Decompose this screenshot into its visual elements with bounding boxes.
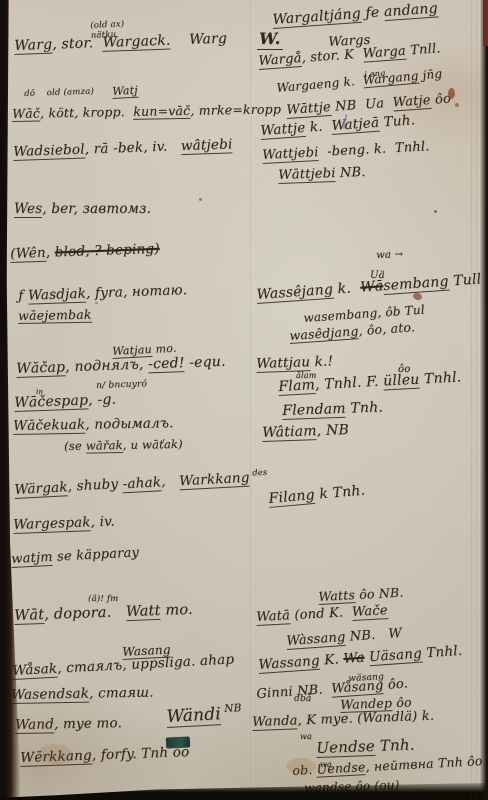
page-right-edge bbox=[479, 0, 488, 800]
handwritten-text: , u wāťak) bbox=[123, 437, 183, 452]
entry-wanda-sub: wa bbox=[300, 732, 312, 741]
handwritten-text: NB bbox=[220, 702, 242, 715]
handwritten-text: ôo. bbox=[383, 676, 408, 693]
handwritten-text: (ond K. bbox=[290, 605, 353, 623]
handwritten-text: , iv. bbox=[90, 513, 115, 530]
ink-stain bbox=[455, 103, 459, 107]
handwritten-text: Tnh. bbox=[345, 399, 383, 416]
ink-speck bbox=[199, 198, 202, 201]
handwritten-text: Warga bbox=[362, 44, 406, 63]
ink-speck bbox=[95, 302, 98, 304]
handwritten-text: NB Ua bbox=[330, 96, 393, 115]
page-crease bbox=[250, 0, 253, 800]
handwritten-text: (Wên bbox=[10, 245, 46, 263]
handwritten-text: Wand bbox=[15, 716, 54, 734]
handwritten-text: Wāčespap bbox=[14, 392, 88, 412]
entry-wac-sup2: Watj bbox=[112, 85, 138, 99]
entry-wattjau: Wattjau k.! bbox=[256, 354, 333, 372]
handwritten-text: , rā -bek, iv. bbox=[84, 138, 181, 157]
handwritten-text: , ber, завтомз. bbox=[42, 201, 151, 217]
handwritten-text: Wăčap bbox=[16, 359, 65, 378]
handwritten-text: , NB bbox=[316, 422, 349, 439]
handwritten-text: Wasdjak bbox=[28, 286, 87, 305]
handwritten-text: -equ. bbox=[184, 354, 226, 371]
handwritten-text: , stor. K bbox=[301, 47, 363, 66]
entry-wattjebi-nb: Wāttjebi NB. bbox=[278, 166, 366, 184]
handwritten-text: n/ bncuyró bbox=[96, 379, 147, 391]
handwritten-text: des bbox=[249, 467, 268, 478]
handwritten-text: , stor. bbox=[52, 35, 103, 53]
handwritten-text: Watjeā bbox=[331, 115, 380, 135]
handwritten-text: K. bbox=[319, 651, 344, 669]
handwritten-text: Wače bbox=[352, 603, 389, 621]
handwritten-text: Wanda bbox=[252, 713, 298, 731]
handwritten-text: , fyra, нотаю. bbox=[86, 282, 188, 302]
handwritten-text: Wa bbox=[343, 650, 365, 667]
entry-wasejembak: wāejembak bbox=[18, 308, 92, 324]
handwritten-text: , bbox=[161, 473, 180, 490]
teal-bookmark-mark bbox=[166, 736, 191, 748]
handwritten-text: Wâtiam bbox=[262, 423, 317, 442]
handwritten-text: Flendam bbox=[282, 401, 346, 420]
handwritten-text: Wattjebi bbox=[262, 145, 319, 164]
handwritten-text: kun=vāč bbox=[133, 103, 190, 120]
handwritten-text: Wasendsak bbox=[11, 686, 89, 704]
ink-stain bbox=[448, 88, 455, 99]
handwritten-text: Watā bbox=[256, 608, 291, 626]
page-letter: W. bbox=[257, 29, 282, 50]
handwritten-text: Wåsak bbox=[12, 661, 58, 680]
handwritten-text: Wattje bbox=[260, 120, 306, 140]
handwritten-text: Warg bbox=[14, 37, 53, 55]
handwritten-text: Watts bbox=[318, 587, 355, 605]
entry-wandi: Wändi NB bbox=[166, 702, 242, 727]
handwritten-text: Wargespak bbox=[13, 514, 91, 534]
note-wa-arrow: wa → bbox=[376, 249, 403, 261]
entry-watiam: Wâtiam, NB bbox=[262, 422, 349, 441]
handwritten-text: Watje bbox=[392, 93, 431, 112]
entry-wat-sup: (ä)! fm bbox=[88, 595, 118, 605]
handwritten-text: k.! bbox=[310, 353, 334, 370]
handwritten-text: (ä)! fm bbox=[88, 594, 118, 604]
handwritten-text: ôo bbox=[392, 695, 412, 711]
handwritten-text: ƒ bbox=[18, 288, 28, 304]
paper-stain bbox=[38, 744, 72, 764]
handwritten-text: Wāttje bbox=[286, 100, 332, 119]
handwritten-text: Wāttjebi bbox=[278, 166, 336, 184]
handwritten-text: (se bbox=[64, 439, 86, 453]
handwritten-text: , mye mo. bbox=[54, 715, 122, 732]
entry-wand: Wand, mye mo. bbox=[15, 716, 122, 733]
binding-maroon-edge bbox=[483, 0, 488, 46]
paper-stain bbox=[286, 758, 316, 774]
handwritten-text: Wāčekuak bbox=[13, 417, 85, 435]
handwritten-text: Tnh. bbox=[374, 736, 414, 755]
handwritten-text: wāřak bbox=[86, 438, 123, 454]
handwritten-text: , shuby bbox=[67, 476, 123, 495]
handwritten-text: , -g. bbox=[88, 391, 117, 408]
handwritten-text: Wāč bbox=[12, 106, 40, 122]
handwritten-text: , kött, kropp. bbox=[40, 104, 133, 121]
handwritten-text: wa → bbox=[376, 249, 403, 261]
handwritten-text: Warg bbox=[170, 31, 227, 49]
entry-wacap-sub: n/ bncuyró bbox=[96, 379, 147, 391]
manuscript-page: W. Wargaltjáng ƒe andangWargsWargå, stor… bbox=[0, 0, 488, 800]
handwritten-text: Flam bbox=[278, 377, 315, 396]
handwritten-text: Uendse bbox=[316, 737, 375, 758]
handwritten-text: -ahak bbox=[122, 474, 161, 493]
handwritten-text: Uendse bbox=[316, 759, 366, 778]
handwritten-text: wa bbox=[300, 732, 312, 741]
handwritten-text: blod, ? beping) bbox=[54, 241, 160, 261]
handwritten-text: mo. bbox=[160, 602, 193, 619]
handwritten-text: ôo NB. bbox=[355, 585, 404, 603]
handwritten-text: Tnhl. bbox=[419, 369, 462, 387]
ink-speck bbox=[434, 210, 437, 213]
handwritten-text: mo. bbox=[151, 342, 176, 356]
entry-wacekuak-sub: (se wāřak, u wāťak) bbox=[64, 438, 183, 453]
handwritten-text: Tuh. bbox=[379, 112, 416, 130]
handwritten-text: Tnhl. bbox=[421, 643, 463, 662]
handwritten-text: Wā bbox=[360, 278, 384, 296]
handwritten-text: , стаяш. bbox=[89, 685, 154, 702]
handwritten-text: ƒe bbox=[360, 4, 384, 22]
handwritten-text: -ced! bbox=[148, 355, 185, 373]
entry-wes: Wes, ber, завтомз. bbox=[14, 202, 151, 218]
entry-wasendsak: Wasendsak, стаяш. bbox=[11, 686, 154, 704]
handwritten-text: k. bbox=[305, 118, 332, 136]
handwritten-text: , поднялъ, bbox=[65, 356, 149, 375]
handwritten-text: NB. W bbox=[345, 626, 402, 645]
handwritten-text: , mrke=kropp bbox=[190, 101, 281, 118]
handwritten-text: jn̄g bbox=[418, 67, 443, 83]
handwritten-text: dö old (amza) bbox=[24, 87, 94, 99]
handwritten-text: Wärgak bbox=[14, 479, 68, 499]
handwritten-text: Watj bbox=[112, 84, 138, 99]
entry-wandep-sup: dbå bbox=[294, 694, 312, 704]
handwritten-text: dbå bbox=[294, 694, 312, 704]
handwritten-text: , подымалъ. bbox=[85, 415, 174, 433]
entry-uendse: Uendse Tnh. bbox=[316, 737, 415, 758]
handwritten-text: , dopora. bbox=[44, 604, 126, 623]
handwritten-text: watjm bbox=[11, 550, 53, 568]
handwritten-text: Wargå bbox=[258, 51, 302, 70]
handwritten-text: Wāt bbox=[14, 607, 45, 625]
handwritten-text: Tnll. bbox=[405, 41, 441, 58]
handwritten-text: wâtjebi bbox=[181, 136, 233, 155]
handwritten-text: Watt bbox=[126, 603, 161, 621]
handwritten-text: NB. bbox=[335, 165, 366, 181]
handwritten-text: Wes bbox=[14, 201, 42, 218]
entry-wacekuak: Wāčekuak, подымалъ. bbox=[13, 416, 174, 434]
handwritten-text: k. bbox=[332, 280, 360, 298]
handwritten-text: se käpparay bbox=[52, 545, 139, 564]
handwritten-text: Wadsiebol bbox=[13, 142, 85, 161]
handwritten-text: Wargack. bbox=[102, 33, 170, 52]
handwritten-text: wāejembak bbox=[18, 307, 92, 324]
handwritten-text: ülleu bbox=[383, 372, 420, 391]
handwritten-text: Wändi bbox=[166, 704, 221, 728]
